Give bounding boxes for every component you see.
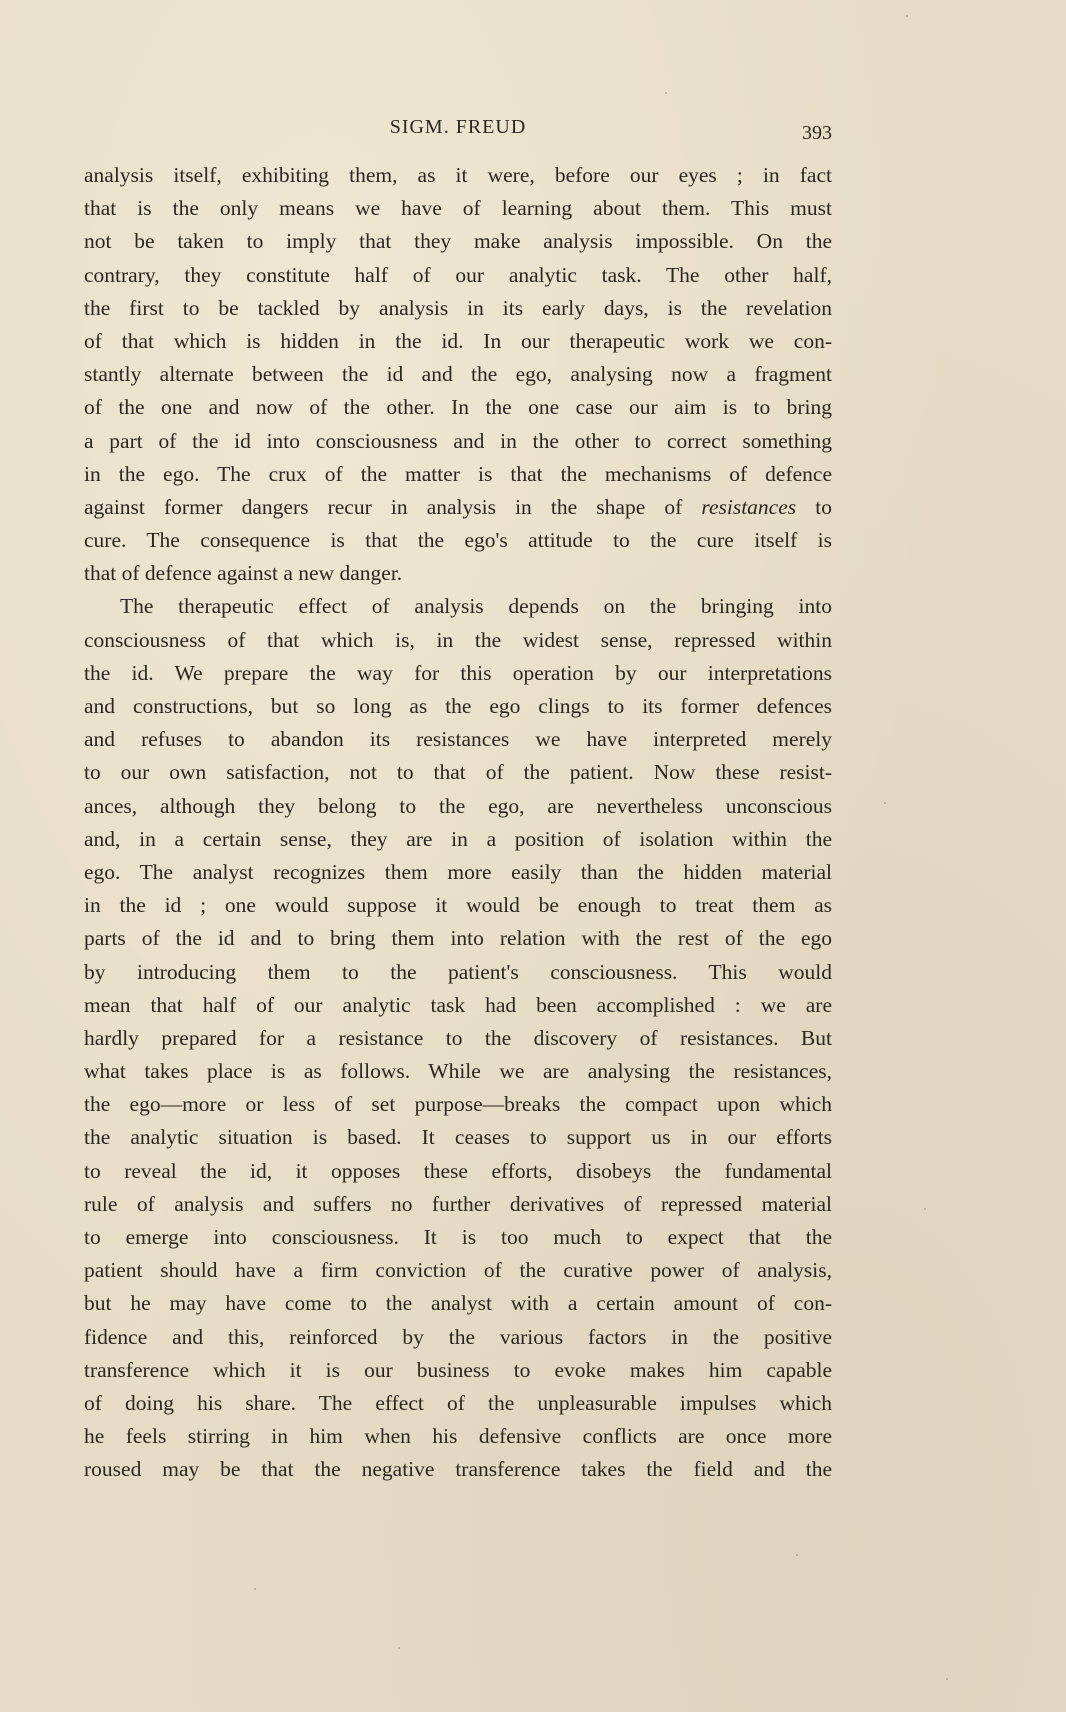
running-head: SIGM. FREUD 393 xyxy=(84,114,832,144)
paper-speck xyxy=(924,1208,926,1210)
page-number: 393 xyxy=(802,122,832,145)
text-line: mean that half of our analytic task had … xyxy=(84,989,832,1022)
text-line: and constructions, but so long as the eg… xyxy=(84,690,832,723)
text-line: analysis itself, exhibiting them, as it … xyxy=(84,159,832,192)
paper-speck xyxy=(946,1678,948,1680)
paragraph-2: The therapeutic effect of analysis depen… xyxy=(84,590,832,1486)
text-line: stantly alternate between the id and the… xyxy=(84,358,832,391)
text-line: not be taken to imply that they make ana… xyxy=(84,225,832,258)
paper-speck xyxy=(665,92,667,94)
text-line: the id. We prepare the way for this oper… xyxy=(84,657,832,690)
emphasis-resistances: resistances xyxy=(701,495,796,519)
text-line: transference which it is our business to… xyxy=(84,1354,832,1387)
paper-speck xyxy=(254,1588,256,1590)
body-text: analysis itself, exhibiting them, as it … xyxy=(84,159,832,1487)
text-line: of the one and now of the other. In the … xyxy=(84,391,832,424)
text-line: of that which is hidden in the id. In ou… xyxy=(84,325,832,358)
text-line: in the id ; one would suppose it would b… xyxy=(84,889,832,922)
text-line-with-emphasis: against former dangers recur in analysis… xyxy=(84,491,832,524)
text-line: The therapeutic effect of analysis depen… xyxy=(84,590,832,623)
text-line: the ego—more or less of set purpose—brea… xyxy=(84,1088,832,1121)
paper-speck xyxy=(398,1647,400,1649)
paper-speck xyxy=(906,15,908,17)
text-run: to xyxy=(796,495,832,519)
text-line: what takes place is as follows. While we… xyxy=(84,1055,832,1088)
text-line: that of defence against a new danger. xyxy=(84,557,832,590)
text-line: and, in a certain sense, they are in a p… xyxy=(84,823,832,856)
text-line: to emerge into consciousness. It is too … xyxy=(84,1221,832,1254)
text-line: of doing his share. The effect of the un… xyxy=(84,1387,832,1420)
text-line: hardly prepared for a resistance to the … xyxy=(84,1022,832,1055)
text-line: to reveal the id, it opposes these effor… xyxy=(84,1155,832,1188)
text-run: against former dangers recur in analysis… xyxy=(84,495,701,519)
text-line: consciousness of that which is, in the w… xyxy=(84,624,832,657)
text-line: parts of the id and to bring them into r… xyxy=(84,922,832,955)
paragraph-1: analysis itself, exhibiting them, as it … xyxy=(84,159,832,590)
text-line: ego. The analyst recognizes them more ea… xyxy=(84,856,832,889)
text-line: rule of analysis and suffers no further … xyxy=(84,1188,832,1221)
text-line: ances, although they belong to the ego, … xyxy=(84,790,832,823)
text-line: the first to be tackled by analysis in i… xyxy=(84,292,832,325)
text-line: fidence and this, reinforced by the vari… xyxy=(84,1321,832,1354)
text-line: the analytic situation is based. It ceas… xyxy=(84,1121,832,1154)
text-line: that is the only means we have of learni… xyxy=(84,192,832,225)
text-line: a part of the id into consciousness and … xyxy=(84,425,832,458)
paper-speck xyxy=(796,1554,798,1556)
text-line: contrary, they constitute half of our an… xyxy=(84,259,832,292)
text-line: in the ego. The crux of the matter is th… xyxy=(84,458,832,491)
text-line: cure. The consequence is that the ego's … xyxy=(84,524,832,557)
text-line: roused may be that the negative transfer… xyxy=(84,1453,832,1486)
paper-speck xyxy=(884,802,886,804)
text-line: and refuses to abandon its resistances w… xyxy=(84,723,832,756)
text-line: by introducing them to the patient's con… xyxy=(84,956,832,989)
text-line: he feels stirring in him when his defens… xyxy=(84,1420,832,1453)
running-head-title: SIGM. FREUD xyxy=(84,116,832,139)
text-line: patient should have a firm conviction of… xyxy=(84,1254,832,1287)
text-line: to our own satisfaction, not to that of … xyxy=(84,756,832,789)
text-line: but he may have come to the analyst with… xyxy=(84,1287,832,1320)
book-page: SIGM. FREUD 393 analysis itself, exhibit… xyxy=(0,0,1066,1712)
